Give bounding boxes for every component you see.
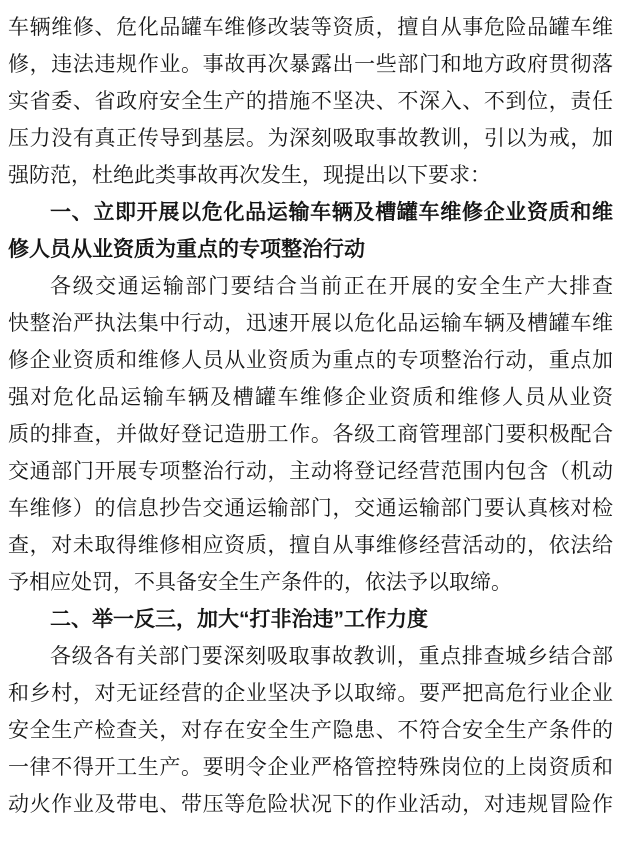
section-heading-2: 二、举一反三，加大“打非治违”工作力度	[8, 601, 613, 638]
text-line: 各级各有关部门要深刻吸取事故教训，重点排查城乡结合部	[8, 638, 613, 675]
text-line: 一律不得开工生产。要明令企业严格管控特殊岗位的上岗资质和	[8, 749, 613, 786]
section-heading-1: 一、立即开展以危化品运输车辆及槽罐车维修企业资质和维 修人员从业资质为重点的专项…	[8, 194, 613, 268]
text-line: 实省委、省政府安全生产的措施不坚决、不深入、不到位，责任	[8, 83, 613, 120]
text-line: 查，对未取得维修相应资质，擅自从事维修经营活动的，依法给	[8, 527, 613, 564]
text-line: 车辆维修、危化品罐车维修改装等资质，擅自从事危险品罐车维	[8, 9, 613, 46]
paragraph-section-1-body: 各级交通运输部门要结合当前正在开展的安全生产大排查 快整治严执法集中行动，迅速开…	[8, 268, 613, 601]
document-page: 车辆维修、危化品罐车维修改装等资质，擅自从事危险品罐车维 修，违法违规作业。事故…	[0, 0, 621, 841]
text-line: 交通部门开展专项整治行动，主动将登记经营范围内包含（机动	[8, 453, 613, 490]
text-line: 各级交通运输部门要结合当前正在开展的安全生产大排查	[8, 268, 613, 305]
paragraph-continuation: 车辆维修、危化品罐车维修改装等资质，擅自从事危险品罐车维 修，违法违规作业。事故…	[8, 9, 613, 194]
text-line: 强对危化品运输车辆及槽罐车维修企业资质和维修人员从业资	[8, 379, 613, 416]
text-line: 修企业资质和维修人员从业资质为重点的专项整治行动，重点加	[8, 342, 613, 379]
text-line: 车维修）的信息抄告交通运输部门，交通运输部门要认真核对检	[8, 490, 613, 527]
text-line: 予相应处罚，不具备安全生产条件的，依法予以取缔。	[8, 564, 613, 601]
text-line: 和乡村，对无证经营的企业坚决予以取缔。要严把高危行业企业	[8, 675, 613, 712]
text-line: 修，违法违规作业。事故再次暴露出一些部门和地方政府贯彻落	[8, 46, 613, 83]
text-line: 安全生产检查关，对存在安全生产隐患、不符合安全生产条件的	[8, 712, 613, 749]
text-line: 压力没有真正传导到基层。为深刻吸取事故教训，引以为戒，加	[8, 120, 613, 157]
heading-line: 一、立即开展以危化品运输车辆及槽罐车维修企业资质和维	[8, 194, 613, 231]
text-line: 质的排查，并做好登记造册工作。各级工商管理部门要积极配合	[8, 416, 613, 453]
paragraph-section-2-body: 各级各有关部门要深刻吸取事故教训，重点排查城乡结合部 和乡村，对无证经营的企业坚…	[8, 638, 613, 823]
text-line: 动火作业及带电、带压等危险状况下的作业活动，对违规冒险作	[8, 786, 613, 823]
text-line: 强防范，杜绝此类事故再次发生，现提出以下要求：	[8, 157, 613, 194]
text-line: 快整治严执法集中行动，迅速开展以危化品运输车辆及槽罐车维	[8, 305, 613, 342]
heading-line: 二、举一反三，加大“打非治违”工作力度	[8, 601, 613, 638]
heading-line: 修人员从业资质为重点的专项整治行动	[8, 231, 613, 268]
